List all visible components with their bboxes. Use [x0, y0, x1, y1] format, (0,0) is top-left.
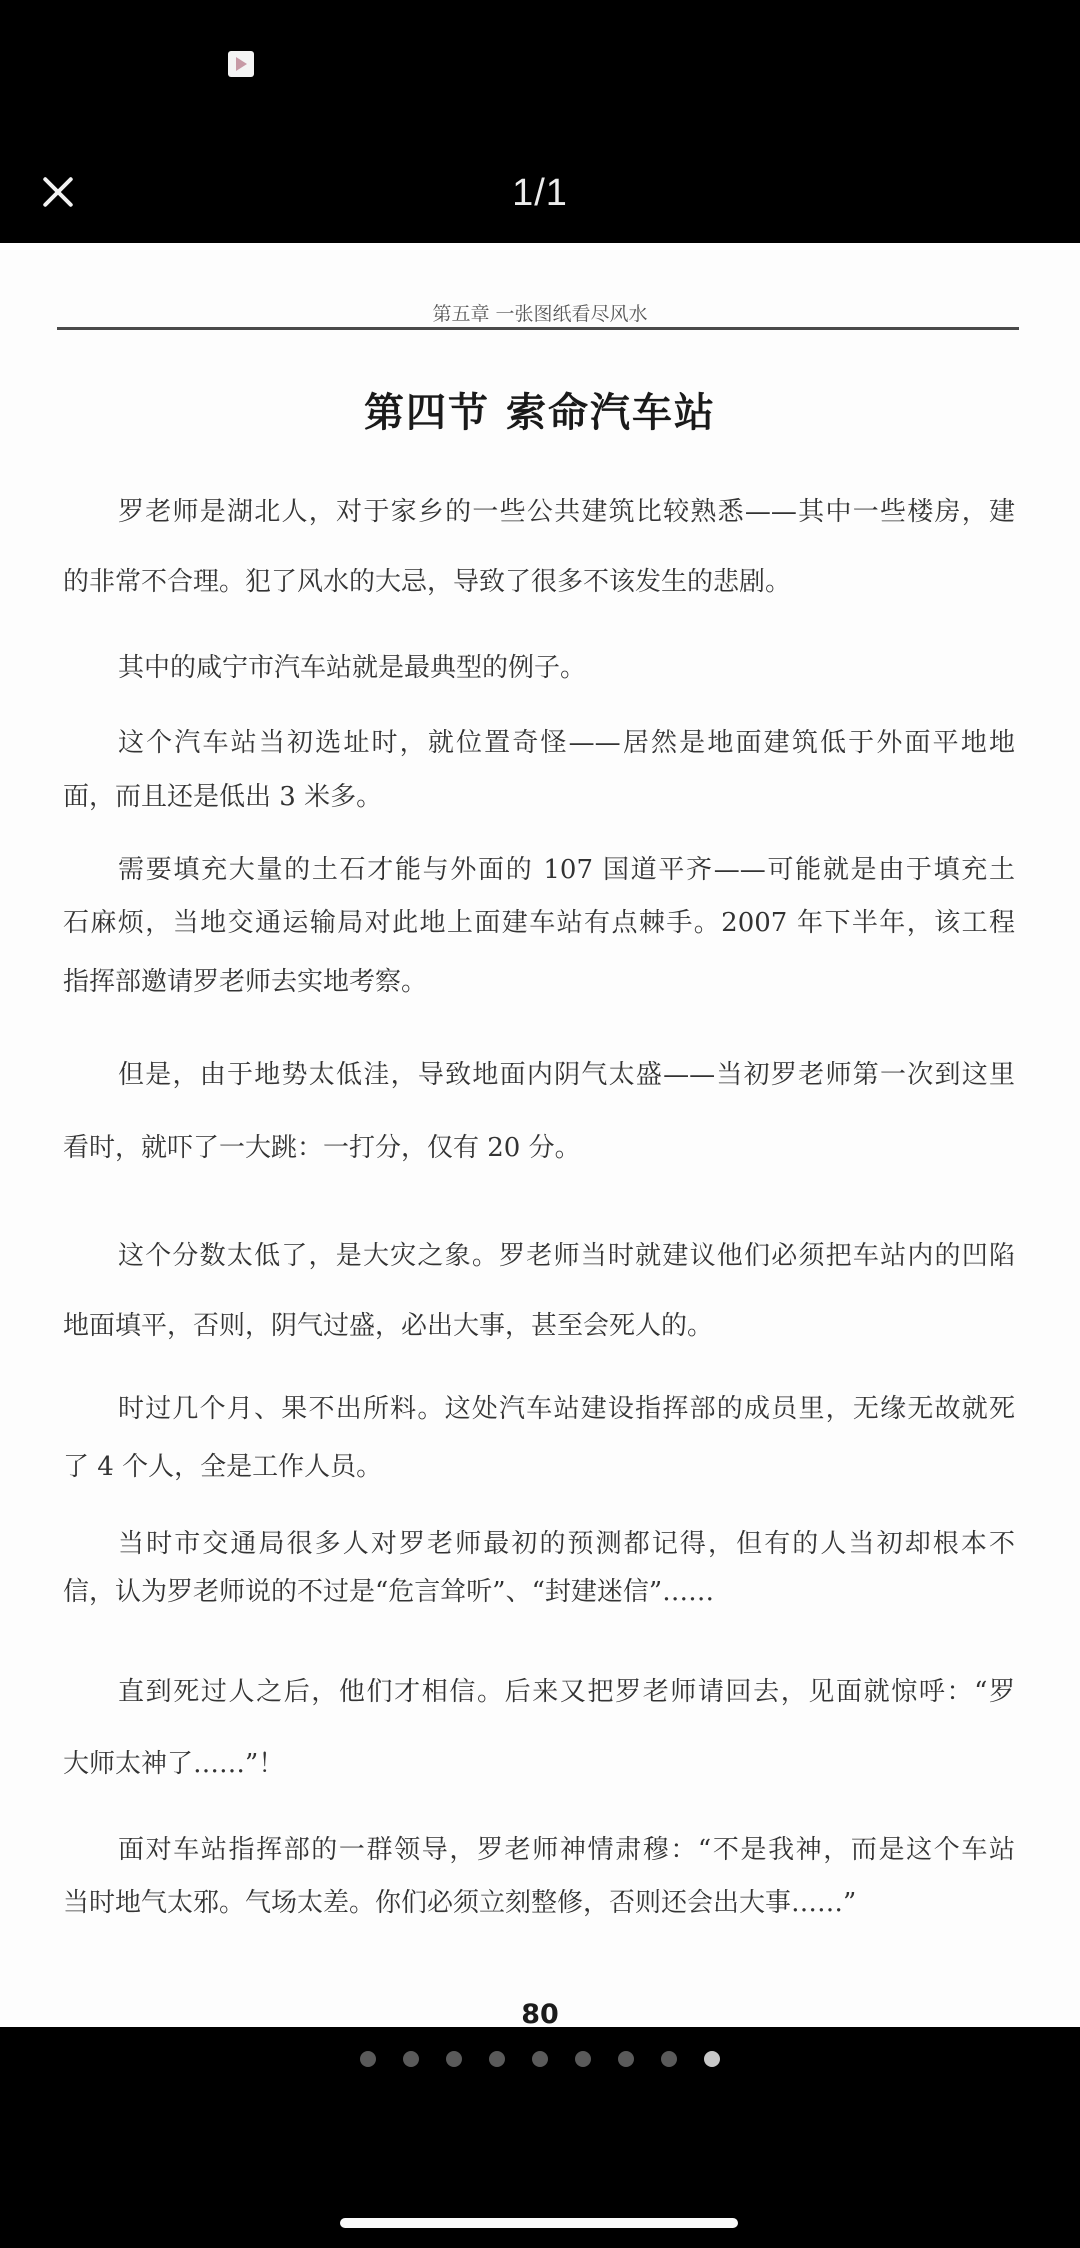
- text-line: 大师太神了……”！: [63, 1746, 1015, 1782]
- carousel-dot[interactable]: [360, 2051, 376, 2067]
- carousel-indicator: [360, 2051, 720, 2067]
- carousel-dot[interactable]: [446, 2051, 462, 2067]
- carousel-dot-active[interactable]: [704, 2051, 720, 2067]
- carousel-dot[interactable]: [575, 2051, 591, 2067]
- section-title: 第四节 索命汽车站: [0, 381, 1080, 438]
- text-line: 信，认为罗老师说的不过是“危言耸听”、“封建迷信”……: [63, 1574, 1015, 1610]
- text-line: 了 4 个人，全是工作人员。: [63, 1449, 1015, 1485]
- text-line: 时过几个月、果不出所料。这处汽车站建设指挥部的成员里，无缘无故就死: [118, 1391, 1015, 1427]
- text-line: 石麻烦，当地交通运输局对此地上面建车站有点棘手。2007 年下半年，该工程: [63, 905, 1015, 941]
- text-line: 的非常不合理。犯了风水的大忌，导致了很多不该发生的悲剧。: [63, 564, 1015, 600]
- carousel-dot[interactable]: [532, 2051, 548, 2067]
- page-number: 80: [0, 1999, 1080, 2027]
- running-head: 第五章 一张图纸看尽风水: [0, 299, 1080, 326]
- header-rule: [57, 327, 1019, 330]
- text-line: 但是，由于地势太低洼，导致地面内阴气太盛——当初罗老师第一次到这里: [118, 1057, 1015, 1093]
- text-line: 这个汽车站当初选址时，就位置奇怪——居然是地面建筑低于外面平地地: [118, 725, 1015, 761]
- text-line: 地面填平，否则，阴气过盛，必出大事，甚至会死人的。: [63, 1308, 1015, 1344]
- text-line: 这个分数太低了，是大灾之象。罗老师当时就建议他们必须把车站内的凹陷: [118, 1238, 1015, 1274]
- home-indicator[interactable]: [340, 2218, 738, 2228]
- text-line: 当时地气太邪。气场太差。你们必须立刻整修，否则还会出大事……”: [63, 1885, 1015, 1921]
- text-line: 面对车站指挥部的一群领导，罗老师神情肃穆：“不是我神，而是这个车站: [118, 1832, 1015, 1868]
- page-counter: 1/1: [440, 170, 640, 216]
- text-line: 当时市交通局很多人对罗老师最初的预测都记得，但有的人当初却根本不: [118, 1526, 1015, 1562]
- text-line: 指挥部邀请罗老师去实地考察。: [63, 964, 1015, 1000]
- text-line: 需要填充大量的土石才能与外面的 107 国道平齐——可能就是由于填充土: [118, 852, 1015, 888]
- close-button[interactable]: [36, 170, 80, 214]
- carousel-dot[interactable]: [403, 2051, 419, 2067]
- text-line: 罗老师是湖北人，对于家乡的一些公共建筑比较熟悉——其中一些楼房，建: [118, 494, 1015, 530]
- carousel-dot[interactable]: [661, 2051, 677, 2067]
- text-line: 看时，就吓了一大跳：一打分，仅有 20 分。: [63, 1130, 1015, 1166]
- play-store-icon: [228, 51, 254, 77]
- carousel-dot[interactable]: [489, 2051, 505, 2067]
- document-page-image[interactable]: 第五章 一张图纸看尽风水 第四节 索命汽车站 罗老师是湖北人，对于家乡的一些公共…: [0, 243, 1080, 2027]
- carousel-dot[interactable]: [618, 2051, 634, 2067]
- text-line: 面，而且还是低出 3 米多。: [63, 779, 1015, 815]
- text-line: 直到死过人之后，他们才相信。后来又把罗老师请回去，见面就惊呼：“罗: [118, 1674, 1015, 1710]
- text-line: 其中的咸宁市汽车站就是最典型的例子。: [118, 650, 1015, 686]
